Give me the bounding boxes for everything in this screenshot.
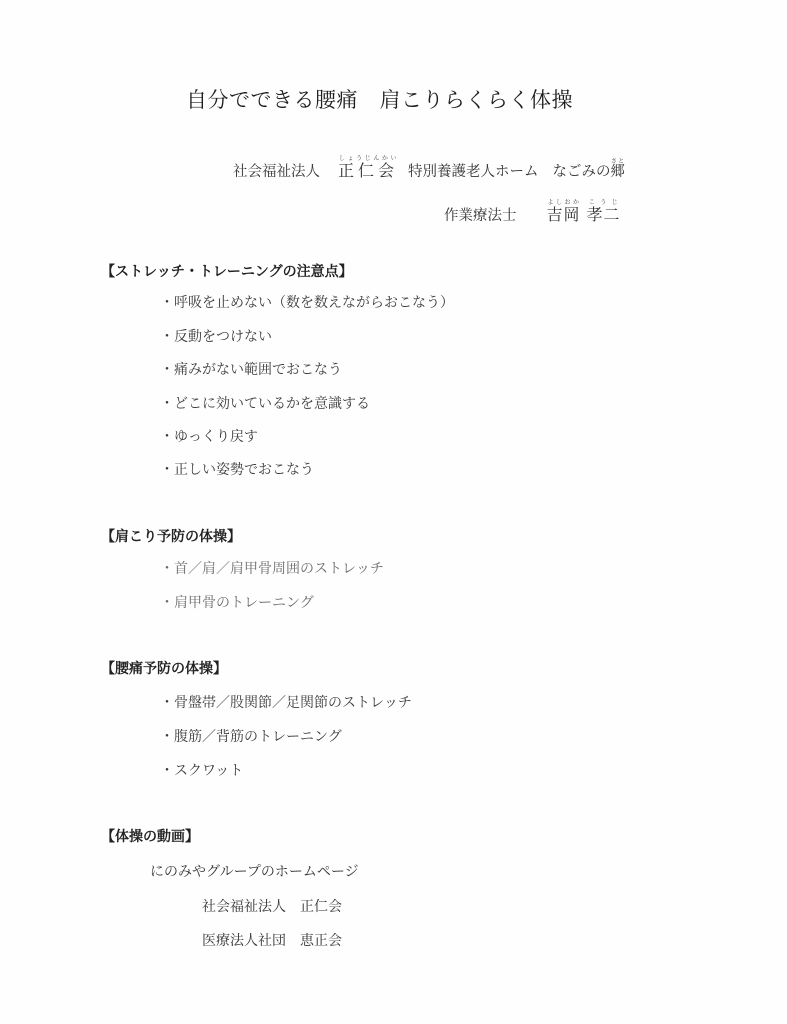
author-role: 作業療法士: [444, 204, 517, 225]
corp-name-reading: しょうじんかい: [338, 155, 398, 162]
facility-type: 特別養護老人ホーム: [408, 160, 539, 181]
list-item: ・骨盤帯／股関節／足関節のストレッチ: [160, 692, 412, 712]
section-heading-precautions: 【ストレッチ・トレーニングの注意点】: [101, 261, 353, 281]
video-link-seijinkai[interactable]: 社会福祉法人 正仁会: [202, 896, 342, 916]
author-family-name: 吉岡よしおか: [547, 199, 581, 225]
author-line: 作業療法士 吉岡よしおか 孝二こうじ: [444, 199, 621, 225]
corp-name: 正仁会しょうじんかい: [338, 155, 398, 181]
section-heading-videos: 【体操の動画】: [101, 826, 199, 846]
section-heading-lowback: 【腰痛予防の体操】: [101, 658, 227, 678]
list-item: ・腹筋／背筋のトレーニング: [160, 726, 342, 746]
list-item: ・反動をつけない: [160, 326, 272, 346]
list-item: ・痛みがない範囲でおこなう: [160, 359, 342, 379]
facility-name-prefix: なごみの: [553, 160, 611, 181]
document-page: 自分でできる腰痛 肩こりらくらく体操 社会福祉法人 正仁会しょうじんかい 特別養…: [0, 0, 787, 1024]
video-intro-text: にのみやグループのホームページ: [150, 861, 359, 881]
organization-line: 社会福祉法人 正仁会しょうじんかい 特別養護老人ホーム なごみの 郷さと: [233, 155, 625, 181]
list-item: ・どこに効いているかを意識する: [160, 393, 370, 413]
video-link-keiseikai[interactable]: 医療法人社団 恵正会: [202, 930, 342, 950]
facility-name-kanji: 郷さと: [611, 158, 626, 181]
list-item: ・呼吸を止めない（数を数えながらおこなう）: [160, 292, 454, 312]
list-item: ・ゆっくり戻す: [160, 426, 258, 446]
list-item: ・正しい姿勢でおこなう: [160, 459, 314, 479]
section-heading-shoulder: 【肩こり予防の体操】: [101, 526, 241, 546]
list-item: ・首／肩／肩甲骨周囲のストレッチ: [160, 558, 384, 578]
author-given-name: 孝二こうじ: [587, 199, 621, 225]
list-item: ・スクワット: [160, 760, 243, 780]
list-item: ・肩甲骨のトレーニング: [160, 592, 314, 612]
document-title: 自分でできる腰痛 肩こりらくらく体操: [186, 84, 573, 114]
corp-type: 社会福祉法人: [233, 160, 320, 181]
